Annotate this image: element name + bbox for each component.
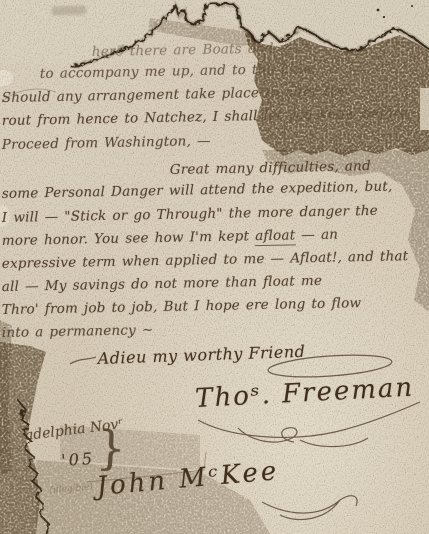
letter-line: more honor. You see how I'm kept afloat … [2,227,339,249]
docket-brace: } [95,420,127,475]
letter-line: rout from hence to Natchez, I shall let … [2,105,408,129]
letter-line: expressive term when applied to me — Afl… [2,248,409,272]
underlined-word: afloat [255,227,296,246]
letter-line: Proceed from Washington, — [2,133,211,153]
letter-line: I will — "Stick or go Through" the more … [2,203,378,226]
letter-line: some Personal Danger will attend the exp… [2,179,393,202]
letter-line: here there are Boats and m—— [92,40,321,60]
faint-stamp-mark [52,5,86,15]
letter-line: into a permanency ~ [2,322,154,341]
docket-year: '05 [61,449,96,470]
letter-line: Great many difficulties, and [170,158,371,178]
letter-line: to accompany me up, and to the Line, [40,61,316,82]
letter-line: all — My savings do not more than float … [2,273,323,295]
letter-line: Should any arrangement take place to alt… [2,83,347,106]
letter-line: Thro' from job to job, But I hope ere lo… [2,295,362,318]
letter-photograph: here there are Boats and m——to accompany… [0,0,429,534]
